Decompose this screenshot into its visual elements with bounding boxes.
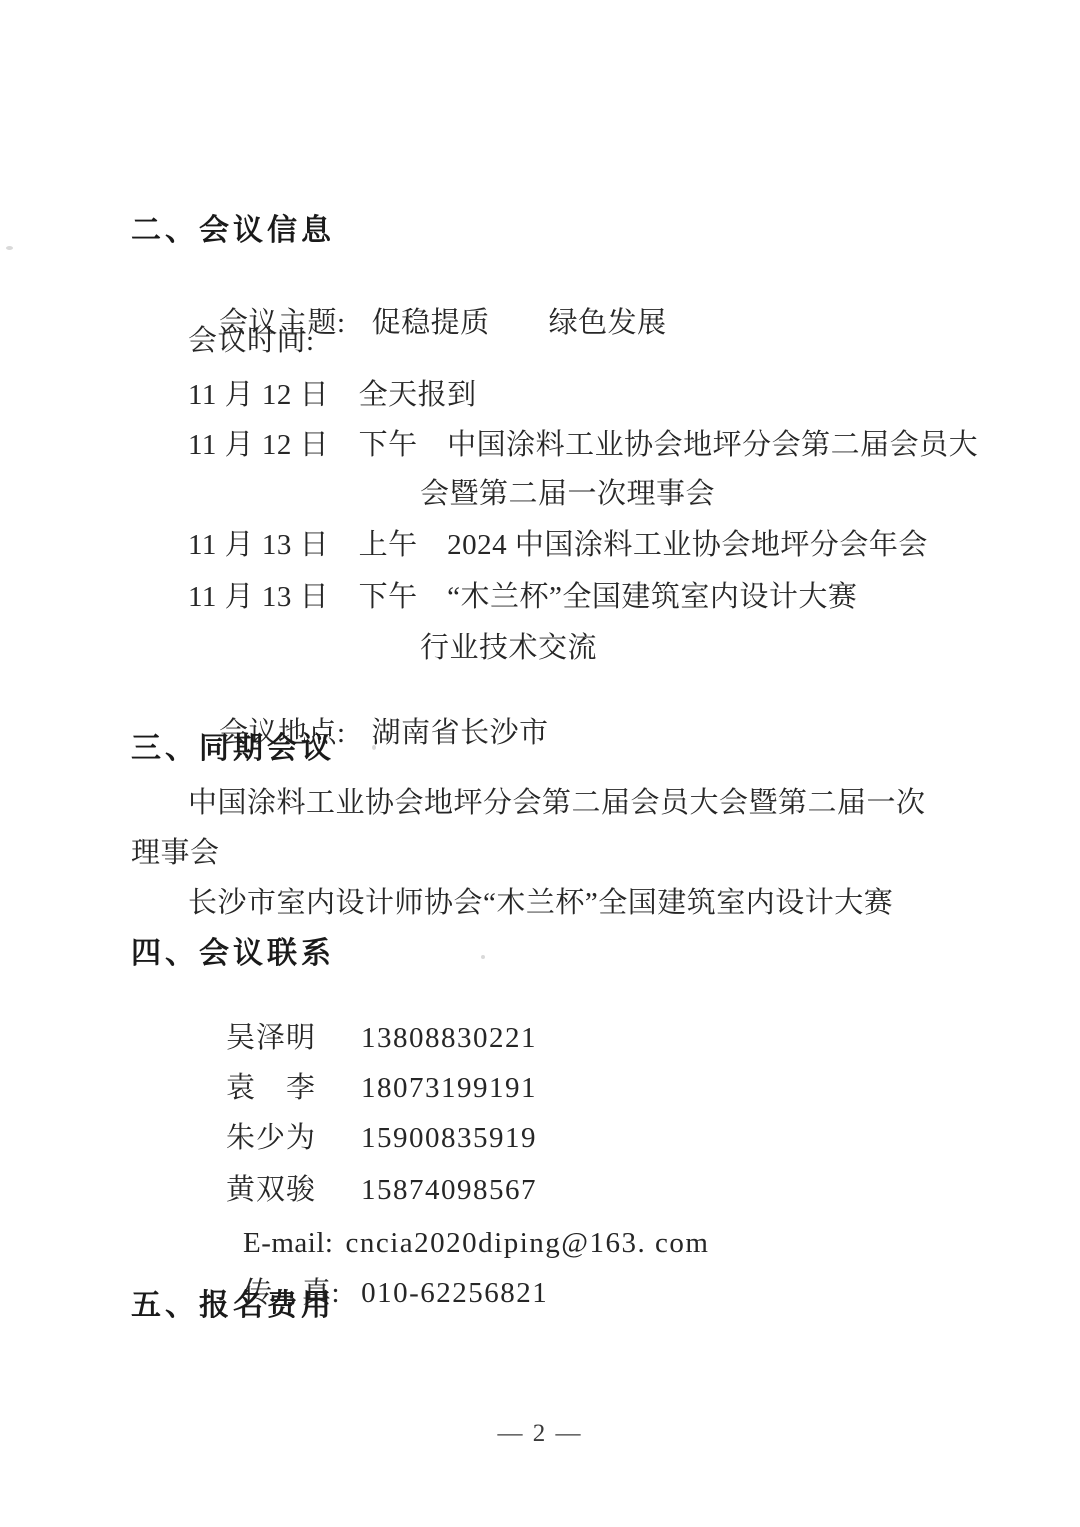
meeting-time-label: 会议时间: <box>188 324 315 359</box>
scan-artifact <box>481 955 485 959</box>
page-number: — 2 — <box>0 1420 1080 1448</box>
schedule-line-4-wrap: 行业技术交流 <box>420 631 597 666</box>
fax-value: 010-62256821 <box>361 1277 548 1309</box>
scan-artifact <box>372 745 376 750</box>
scan-artifact <box>6 246 13 250</box>
section-heading-concurrent-meetings: 三、同期会议 <box>131 731 335 767</box>
schedule-line-2: 11 月 12 日 下午 中国涂料工业协会地坪分会第二届会员大 <box>188 428 978 463</box>
concurrent-line-1-wrap: 理事会 <box>131 836 220 871</box>
meeting-venue-value: 湖南省长沙市 <box>372 717 549 749</box>
meeting-theme-value: 促稳提质 绿色发展 <box>372 307 667 339</box>
concurrent-line-2: 长沙市室内设计师协会“木兰杯”全国建筑室内设计大赛 <box>188 886 893 921</box>
schedule-line-1: 11 月 12 日 全天报到 <box>188 378 477 413</box>
schedule-line-4: 11 月 13 日 下午 “木兰杯”全国建筑室内设计大赛 <box>188 580 857 615</box>
section-heading-meeting-info: 二、会议信息 <box>131 213 335 249</box>
schedule-line-3: 11 月 13 日 上午 2024 中国涂料工业协会地坪分会年会 <box>188 528 928 563</box>
concurrent-line-1: 中国涂料工业协会地坪分会第二届会员大会暨第二届一次 <box>188 786 926 821</box>
section-heading-contacts: 四、会议联系 <box>131 936 335 972</box>
section-heading-registration-fee: 五、报名费用 <box>131 1288 335 1324</box>
schedule-line-2-wrap: 会暨第二届一次理事会 <box>420 477 715 512</box>
document-page: 二、会议信息 会议主题:促稳提质 绿色发展 会议时间: 11 月 12 日 全天… <box>0 0 1080 1527</box>
